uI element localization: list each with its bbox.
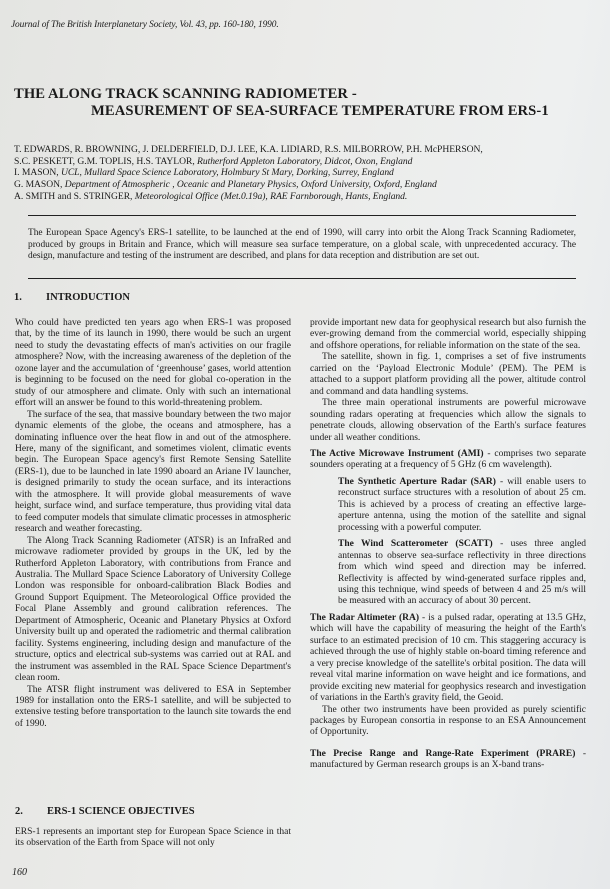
- left-column-continued: ERS-1 represents an important step for E…: [15, 827, 291, 850]
- author-line: S.C. PESKETT, G.M. TOPLIS, H.S. TAYLOR, …: [14, 156, 599, 168]
- affiliation: UCL, Mullard Space Science Laboratory, H…: [61, 167, 394, 178]
- title-line-1: THE ALONG TRACK SCANNING RADIOMETER -: [14, 86, 604, 103]
- author-line: G. MASON, Department of Atmospheric , Oc…: [14, 179, 599, 191]
- author-line: A. SMITH and S. STRINGER, Meteorological…: [14, 191, 599, 203]
- affiliation: Rutherford Appleton Laboratory, Didcot, …: [197, 156, 412, 167]
- section-heading-introduction: 1.INTRODUCTION: [14, 292, 130, 303]
- paragraph: provide important new data for geophysic…: [310, 318, 586, 352]
- abstract-bottom-rule: [28, 278, 576, 279]
- page-number: 160: [12, 867, 27, 878]
- abstract: The European Space Agency's ERS-1 satell…: [28, 228, 576, 263]
- author-line: T. EDWARDS, R. BROWNING, J. DELDERFIELD,…: [14, 144, 599, 156]
- instrument-scatt: The Wind Scatterometer (SCATT) - uses th…: [310, 539, 586, 608]
- title-line-2: MEASUREMENT OF SEA-SURFACE TEMPERATURE F…: [14, 103, 604, 120]
- paragraph: The satellite, shown in fig. 1, comprise…: [310, 352, 586, 398]
- article-title: THE ALONG TRACK SCANNING RADIOMETER - ME…: [14, 86, 604, 120]
- left-column: Who could have predicted ten years ago w…: [15, 318, 291, 730]
- affiliation: Department of Atmospheric , Oceanic and …: [65, 179, 437, 190]
- instrument-sar: The Synthetic Aperture Radar (SAR) - wil…: [310, 477, 586, 534]
- paragraph: ERS-1 represents an important step for E…: [15, 827, 291, 850]
- affiliation: Meteorological Office (Met.0.19a), RAE F…: [135, 191, 408, 202]
- instrument-prare: The Precise Range and Range-Rate Experim…: [310, 749, 586, 772]
- section-heading-objectives: 2.ERS-1 SCIENCE OBJECTIVES: [15, 806, 195, 817]
- instrument-ra: The Radar Altimeter (RA) - is a pulsed r…: [310, 613, 586, 705]
- abstract-top-rule: [28, 215, 576, 216]
- author-list: T. EDWARDS, R. BROWNING, J. DELDERFIELD,…: [14, 144, 599, 203]
- paragraph: The ATSR flight instrument was delivered…: [15, 685, 291, 731]
- paragraph: The other two instruments have been prov…: [310, 705, 586, 739]
- paragraph: The surface of the sea, that massive bou…: [15, 410, 291, 536]
- paragraph: The Along Track Scanning Radiometer (ATS…: [15, 536, 291, 685]
- paragraph: The three main operational instruments a…: [310, 398, 586, 444]
- journal-citation: Journal of The British Interplanetary So…: [11, 20, 279, 30]
- journal-page: Journal of The British Interplanetary So…: [0, 0, 610, 889]
- paragraph: Who could have predicted ten years ago w…: [15, 318, 291, 410]
- instrument-ami: The Active Microwave Instrument (AMI) - …: [310, 449, 586, 472]
- author-line: I. MASON, UCL, Mullard Space Science Lab…: [14, 167, 599, 179]
- right-column: provide important new data for geophysic…: [310, 318, 586, 772]
